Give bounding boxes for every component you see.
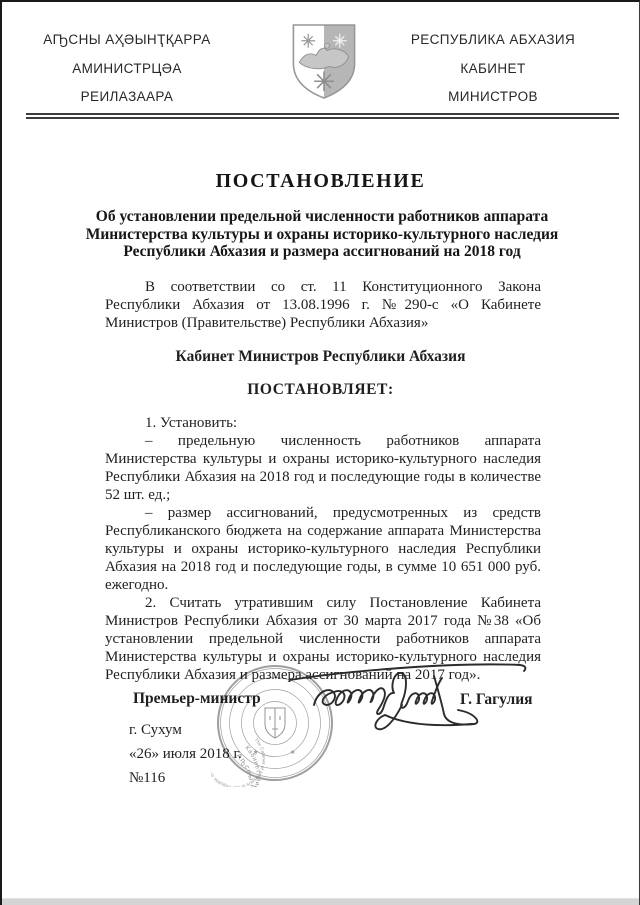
authority-line: Кабинет Министров Республики Абхазия <box>2 348 639 366</box>
subject-line-3: Республики Абхазия и размера ассигновани… <box>62 243 582 261</box>
letterhead-left-line-1: АҦСНЫ АҲӘЫНҬҚАРРА <box>22 26 232 55</box>
resolution-body: 1. Установить: – предельную численность … <box>105 414 541 684</box>
handwritten-signature-icon <box>284 652 544 747</box>
preamble-paragraph: В соответствии со ст. 11 Конституционног… <box>105 278 541 332</box>
header-divider <box>26 113 619 119</box>
city-line: г. Сухум <box>129 722 182 739</box>
resolution-item-2: – предельную численность работников аппа… <box>105 432 541 504</box>
document-subject: Об установлении предельной численности р… <box>62 208 582 261</box>
document-number: №116 <box>129 770 165 787</box>
stamp-star-left: ★ <box>253 749 258 756</box>
letterhead-left: АҦСНЫ АҲӘЫНҬҚАРРА АМИНИСТРЦӘА РЕИЛАЗААРА <box>22 26 232 112</box>
letterhead-right-line-1: РЕСПУБЛИКА АБХАЗИЯ <box>387 26 599 55</box>
subject-line-2: Министерства культуры и охраны историко-… <box>62 226 582 244</box>
stamp-center-shield-icon <box>265 708 285 738</box>
resolution-item-1: 1. Установить: <box>105 414 541 432</box>
abkhazia-coat-of-arms-icon <box>291 24 357 99</box>
scan-edge-shadow <box>2 898 639 905</box>
subject-line-1: Об установлении предельной численности р… <box>62 208 582 226</box>
letterhead-left-line-3: РЕИЛАЗААРА <box>22 83 232 112</box>
letterhead-right-line-3: МИНИСТРОВ <box>387 83 599 112</box>
emblem-rider-icon <box>324 43 329 48</box>
stamp-star-right: ★ <box>290 749 295 756</box>
document-title: ПОСТАНОВЛЕНИЕ <box>2 170 639 193</box>
letterhead-right-line-2: КАБИНЕТ <box>387 55 599 84</box>
letterhead-left-line-2: АМИНИСТРЦӘА <box>22 55 232 84</box>
resolution-item-3: – размер ассигнований, предусмотренных и… <box>105 504 541 594</box>
document-page: АҦСНЫ АҲӘЫНҬҚАРРА АМИНИСТРЦӘА РЕИЛАЗААРА… <box>0 0 640 905</box>
letterhead-right: РЕСПУБЛИКА АБХАЗИЯ КАБИНЕТ МИНИСТРОВ <box>387 26 599 112</box>
decree-word: ПОСТАНОВЛЯЕТ: <box>2 381 639 399</box>
